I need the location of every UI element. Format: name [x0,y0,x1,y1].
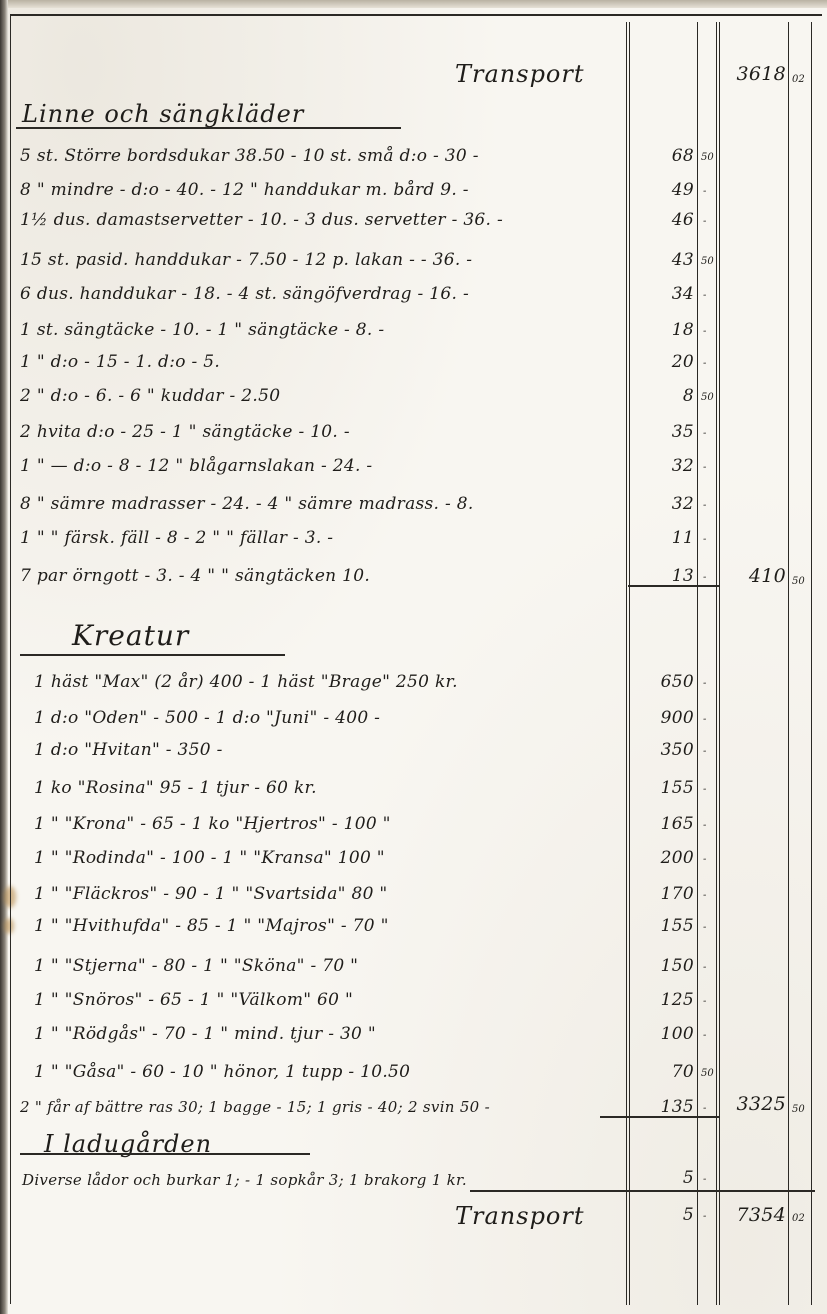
subtotal-rule [600,1116,719,1118]
ledger-row-ore: - [703,746,706,757]
transport-out-kr: 7354 [720,1205,786,1225]
ledger-page: Transport 3618 02 Linne och sängkläder 5… [0,0,827,1314]
ledger-row-text: 1 " "Rödgås" - 70 - 1 " mind. tjur - 30 … [34,1024,376,1044]
ledger-row-text: Diverse lådor och burkar 1; - 1 sopkår 3… [22,1170,467,1190]
ledger-row-kr: 135 [632,1097,694,1117]
transport-in-kr: 3618 [720,64,786,84]
ledger-row-text: 1 st. sängtäcke - 10. - 1 " sängtäcke - … [20,320,384,340]
ledger-row-text: 7 par örngott - 3. - 4 " " sängtäcken 10… [20,566,370,586]
ledger-row-kr: 650 [632,672,694,692]
ledger-row-text: 1 d:o "Oden" - 500 - 1 d:o "Juni" - 400 … [34,708,380,728]
ledger-row-kr: 70 [632,1062,694,1082]
transport-out-label: Transport [455,1202,585,1230]
section-subtotal-kr: 410 [720,566,786,586]
ledger-row-ore: - [703,962,706,973]
ledger-row-kr: 8 [632,386,694,406]
ledger-row-ore: - [703,820,706,831]
section-heading-livestock: Kreatur [72,622,189,650]
ledger-row-ore: - [703,572,706,583]
ledger-row-text: 15 st. pasid. handdukar - 7.50 - 12 p. l… [20,250,472,270]
ledger-row-text: 1 " "Stjerna" - 80 - 1 " "Sköna" - 70 " [34,956,358,976]
right-margin-rule [811,22,812,1305]
ledger-row-text: 1 " "Krona" - 65 - 1 ko "Hjertros" - 100… [34,814,391,834]
ledger-row-ore: - [703,462,706,473]
kr-column-left-rule [626,22,627,1305]
paper-stain [4,918,14,934]
ledger-row-ore: - [703,358,706,369]
ledger-row-ore: - [703,326,706,337]
ledger-row-text: 6 dus. handdukar - 18. - 4 st. sängöfver… [20,284,469,304]
ledger-row-kr: 165 [632,814,694,834]
ledger-row-ore: - [703,216,706,227]
total-ore-column-rule [788,22,789,1305]
subtotal-rule [628,585,719,587]
ledger-row-ore: 50 [701,152,714,163]
section-subtotal-ore: 50 [792,1104,805,1115]
ledger-row-text: 1 " " färsk. fäll - 8 - 2 " " fällar - 3… [20,528,333,548]
ledger-row-kr: 32 [632,494,694,514]
ledger-row-text: 2 " d:o - 6. - 6 " kuddar - 2.50 [20,386,280,406]
page-binding-edge [0,0,8,1314]
ledger-row-text: 1 " — d:o - 8 - 12 " blågarnslakan - 24.… [20,456,372,476]
ledger-row-text: 1 " "Hvithufda" - 85 - 1 " "Majros" - 70… [34,916,389,936]
ledger-row-kr: 43 [632,250,694,270]
ledger-row-kr: 900 [632,708,694,728]
ledger-row-kr: 34 [632,284,694,304]
ledger-row-ore: - [703,1030,706,1041]
ledger-row-kr: 32 [632,456,694,476]
ledger-row-kr: 46 [632,210,694,230]
ledger-row-kr: 68 [632,146,694,166]
ledger-row-ore: - [703,534,706,545]
ledger-row-text: 1 " "Gåsa" - 60 - 10 " hönor, 1 tupp - 1… [34,1062,410,1082]
ledger-row-kr: 11 [632,528,694,548]
ledger-row-text: 1½ dus. damastservetter - 10. - 3 dus. s… [20,210,503,230]
ledger-row-ore: 50 [701,392,714,403]
section-subtotal-ore: 50 [792,576,805,587]
ledger-row-kr: 350 [632,740,694,760]
ledger-row-text: 1 d:o "Hvitan" - 350 - [34,740,223,760]
ledger-row-text: 1 " d:o - 15 - 1. d:o - 5. [20,352,220,372]
ledger-row-ore: - [703,784,706,795]
ledger-row-ore: - [703,428,706,439]
ledger-row-kr: 200 [632,848,694,868]
ledger-row-kr: 155 [632,778,694,798]
ledger-row-ore: - [703,500,706,511]
ledger-row-kr: 13 [632,566,694,586]
top-rule [10,14,822,16]
ledger-row-ore: - [703,854,706,865]
ledger-row-ore: - [703,890,706,901]
ledger-row-text: 1 " "Snöros" - 65 - 1 " "Välkom" 60 " [34,990,353,1010]
transport-in-ore: 02 [792,74,805,85]
heading-underline [20,1153,310,1155]
ledger-row-ore: - [703,996,706,1007]
ledger-row-text: 2 " får af bättre ras 30; 1 bagge - 15; … [20,1097,490,1117]
section-heading-linen: Linne och sängkläder [22,100,304,128]
ledger-row-ore: - [703,678,706,689]
ledger-row-ore: 50 [701,1068,714,1079]
ledger-row-kr: 35 [632,422,694,442]
ledger-row-kr: 20 [632,352,694,372]
ledger-row-text: 1 ko "Rosina" 95 - 1 tjur - 60 kr. [34,778,317,798]
ledger-row-text: 8 " sämre madrasser - 24. - 4 " sämre ma… [20,494,474,514]
heading-underline [20,654,285,656]
heading-underline [16,127,401,129]
total-column-left-rule [716,22,717,1305]
ledger-row-kr: 49 [632,180,694,200]
ledger-row-kr: 150 [632,956,694,976]
section-subtotal-kr: 3325 [720,1094,786,1114]
ledger-row-kr: 18 [632,320,694,340]
page-top-edge [0,0,827,8]
ledger-row-text: 1 häst "Max" (2 år) 400 - 1 häst "Brage"… [34,672,458,692]
ore-column-rule [697,22,698,1305]
ledger-row-text: 1 " "Rodinda" - 100 - 1 " "Kransa" 100 " [34,848,385,868]
transport-out-col1-ore: - [703,1211,706,1222]
ledger-row-kr: 125 [632,990,694,1010]
ledger-row-text: 5 st. Större bordsdukar 38.50 - 10 st. s… [20,146,479,166]
transport-in-label: Transport [455,60,585,88]
ledger-row-ore: - [703,1174,706,1185]
ledger-row-kr: 155 [632,916,694,936]
ledger-row-kr: 170 [632,884,694,904]
ledger-row-ore: 50 [701,256,714,267]
transport-out-col1-kr: 5 [632,1205,694,1225]
ledger-row-ore: - [703,922,706,933]
kr-column-left-rule-double [629,22,630,1305]
ledger-row-ore: - [703,290,706,301]
ledger-row-ore: - [703,1103,706,1114]
ledger-row-text: 8 " mindre - d:o - 40. - 12 " handdukar … [20,180,469,200]
ledger-row-ore: - [703,186,706,197]
ledger-row-text: 1 " "Fläckros" - 90 - 1 " "Svartsida" 80… [34,884,388,904]
ledger-row-kr: 100 [632,1024,694,1044]
ledger-row-text: 2 hvita d:o - 25 - 1 " sängtäcke - 10. - [20,422,350,442]
ledger-row-ore: - [703,714,706,725]
ledger-row-kr: 5 [632,1168,694,1188]
left-margin-rule [10,14,11,1304]
transport-out-ore: 02 [792,1213,805,1224]
final-total-rule [470,1190,815,1192]
